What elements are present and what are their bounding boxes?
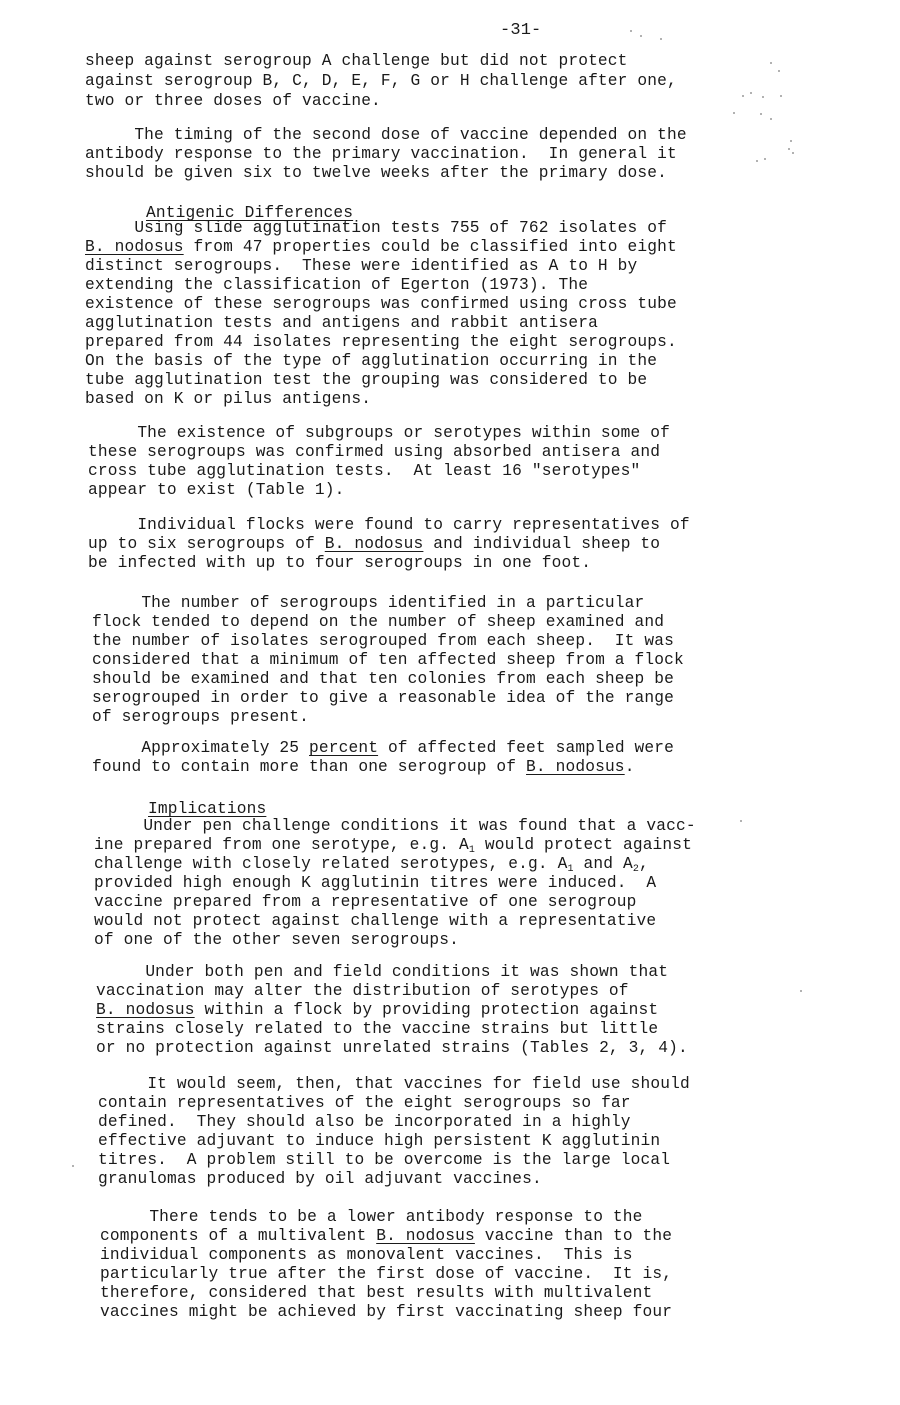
text-line: against serogroup B, C, D, E, F, G or H … <box>85 72 677 90</box>
text-line: Under both pen and field conditions it w… <box>96 963 668 981</box>
text-line: There tends to be a lower antibody respo… <box>100 1208 643 1226</box>
scan-speck <box>760 113 762 115</box>
scan-speck <box>792 152 794 154</box>
text-line: cross tube agglutination tests. At least… <box>88 462 640 480</box>
text-line: sheep against serogroup A challenge but … <box>85 52 628 70</box>
text-line: On the basis of the type of agglutinatio… <box>85 352 657 370</box>
text-line: two or three doses of vaccine. <box>85 92 381 110</box>
scan-speck <box>780 95 782 97</box>
text-line: The existence of subgroups or serotypes … <box>88 424 670 442</box>
text-line: based on K or pilus antigens. <box>85 390 371 408</box>
text-line: prepared from 44 isolates representing t… <box>85 333 677 351</box>
text-line: Individual flocks were found to carry re… <box>88 516 690 534</box>
text-line: be infected with up to four serogroups i… <box>88 554 591 572</box>
scan-speck <box>740 820 742 822</box>
text-line: these serogroups was confirmed using abs… <box>88 443 660 461</box>
scan-speck <box>770 62 772 64</box>
text-line: vaccination may alter the distribution o… <box>96 982 629 1000</box>
document-page: -31-sheep against serogroup A challenge … <box>0 0 900 1405</box>
text-line: Approximately 25 percent of affected fee… <box>92 739 674 757</box>
text-line: individual components as monovalent vacc… <box>100 1246 633 1264</box>
text-line: distinct serogroups. These were identifi… <box>85 257 637 275</box>
scan-speck <box>750 92 752 94</box>
text-line: Under pen challenge conditions it was fo… <box>94 817 696 835</box>
text-line: strains closely related to the vaccine s… <box>96 1020 658 1038</box>
text-line: B. nodosus within a flock by providing p… <box>96 1001 658 1019</box>
text-line: extending the classification of Egerton … <box>85 276 588 294</box>
scan-speck <box>756 160 758 162</box>
text-line: It would seem, then, that vaccines for f… <box>98 1075 690 1093</box>
text-line: would not protect against challenge with… <box>94 912 656 930</box>
text-line: of one of the other seven serogroups. <box>94 931 459 949</box>
text-line: contain representatives of the eight ser… <box>98 1094 631 1112</box>
scan-speck <box>72 1165 74 1167</box>
scan-speck <box>640 35 642 37</box>
scan-speck <box>770 118 772 120</box>
species-name: B. nodosus <box>325 535 424 553</box>
text-line: existence of these serogroups was confir… <box>85 295 677 313</box>
page-number: -31- <box>500 22 541 40</box>
species-name: B. nodosus <box>526 758 625 776</box>
text-line: granulomas produced by oil adjuvant vacc… <box>98 1170 542 1188</box>
text-line: agglutination tests and antigens and rab… <box>85 314 598 332</box>
text-line: should be examined and that ten colonies… <box>92 670 674 688</box>
text-line: considered that a minimum of ten affecte… <box>92 651 684 669</box>
scan-speck <box>764 158 766 160</box>
underlined-word: percent <box>309 739 378 757</box>
text-line: components of a multivalent B. nodosus v… <box>100 1227 672 1245</box>
text-line: vaccines might be achieved by first vacc… <box>100 1303 672 1321</box>
text-line: appear to exist (Table 1). <box>88 481 344 499</box>
species-name: B. nodosus <box>96 1001 195 1019</box>
text-line: particularly true after the first dose o… <box>100 1265 672 1283</box>
text-line: serogrouped in order to give a reasonabl… <box>92 689 674 707</box>
scan-speck <box>733 112 735 114</box>
text-line: up to six serogroups of B. nodosus and i… <box>88 535 660 553</box>
scan-speck <box>630 30 632 32</box>
text-line: vaccine prepared from a representative o… <box>94 893 637 911</box>
text-line: antibody response to the primary vaccina… <box>85 145 677 163</box>
scan-speck <box>660 38 662 40</box>
species-name: B. nodosus <box>376 1227 475 1245</box>
text-line: defined. They should also be incorporate… <box>98 1113 631 1131</box>
text-line: provided high enough K agglutinin titres… <box>94 874 656 892</box>
text-line: Using slide agglutination tests 755 of 7… <box>85 219 667 237</box>
text-line: of serogroups present. <box>92 708 309 726</box>
text-line: or no protection against unrelated strai… <box>96 1039 688 1057</box>
text-line: found to contain more than one serogroup… <box>92 758 635 776</box>
scan-speck <box>762 96 764 98</box>
scan-speck <box>788 148 790 150</box>
species-name: B. nodosus <box>85 238 184 256</box>
text-line: The timing of the second dose of vaccine… <box>85 126 687 144</box>
text-line: the number of isolates serogrouped from … <box>92 632 674 650</box>
scan-speck <box>778 70 780 72</box>
text-line: B. nodosus from 47 properties could be c… <box>85 238 677 256</box>
text-line: flock tended to depend on the number of … <box>92 613 664 631</box>
scan-speck <box>790 140 792 142</box>
text-line: therefore, considered that best results … <box>100 1284 652 1302</box>
section-heading: Implications <box>148 800 266 818</box>
text-line: should be given six to twelve weeks afte… <box>85 164 667 182</box>
text-line: The number of serogroups identified in a… <box>92 594 644 612</box>
text-line: effective adjuvant to induce high persis… <box>98 1132 660 1150</box>
scan-speck <box>800 990 802 992</box>
scan-speck <box>742 95 744 97</box>
text-line: titres. A problem still to be overcome i… <box>98 1151 670 1169</box>
text-line: tube agglutination test the grouping was… <box>85 371 647 389</box>
